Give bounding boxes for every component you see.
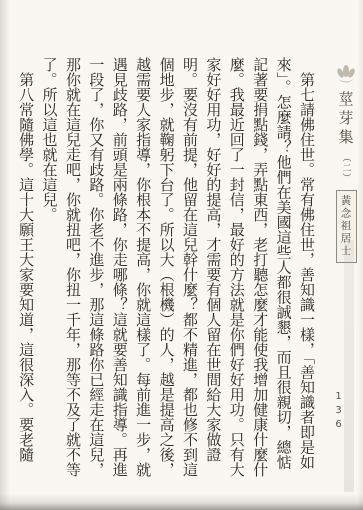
lotus-stamp-icon xyxy=(335,62,357,86)
book-page: 莖芽集 （二） 黃念祖居士 第七請佛住世。常有佛住世，善知識一樣，「善知識者即是… xyxy=(0,0,363,510)
author-box: 黃念祖居士 xyxy=(336,190,357,263)
paragraph-seventh-vow: 第七請佛住世。常有佛住世，善知識一樣，「善知識者即是如來」。怎麼請？他們在美國這… xyxy=(37,57,318,477)
volume-label: （二） xyxy=(340,153,353,183)
paragraph-eighth-vow: 第八常隨佛學。這十大願王大家要知道，這很深入。要老隨 xyxy=(14,57,37,477)
title-block: 莖芽集 （二） 黃念祖居士 xyxy=(333,62,359,263)
scan-streak xyxy=(344,240,354,492)
main-text: 第七請佛住世。常有佛住世，善知識一樣，「善知識者即是如來」。怎麼請？他們在美國這… xyxy=(36,57,318,477)
book-title: 莖芽集 xyxy=(336,91,357,148)
page-number: 136 xyxy=(333,391,344,433)
